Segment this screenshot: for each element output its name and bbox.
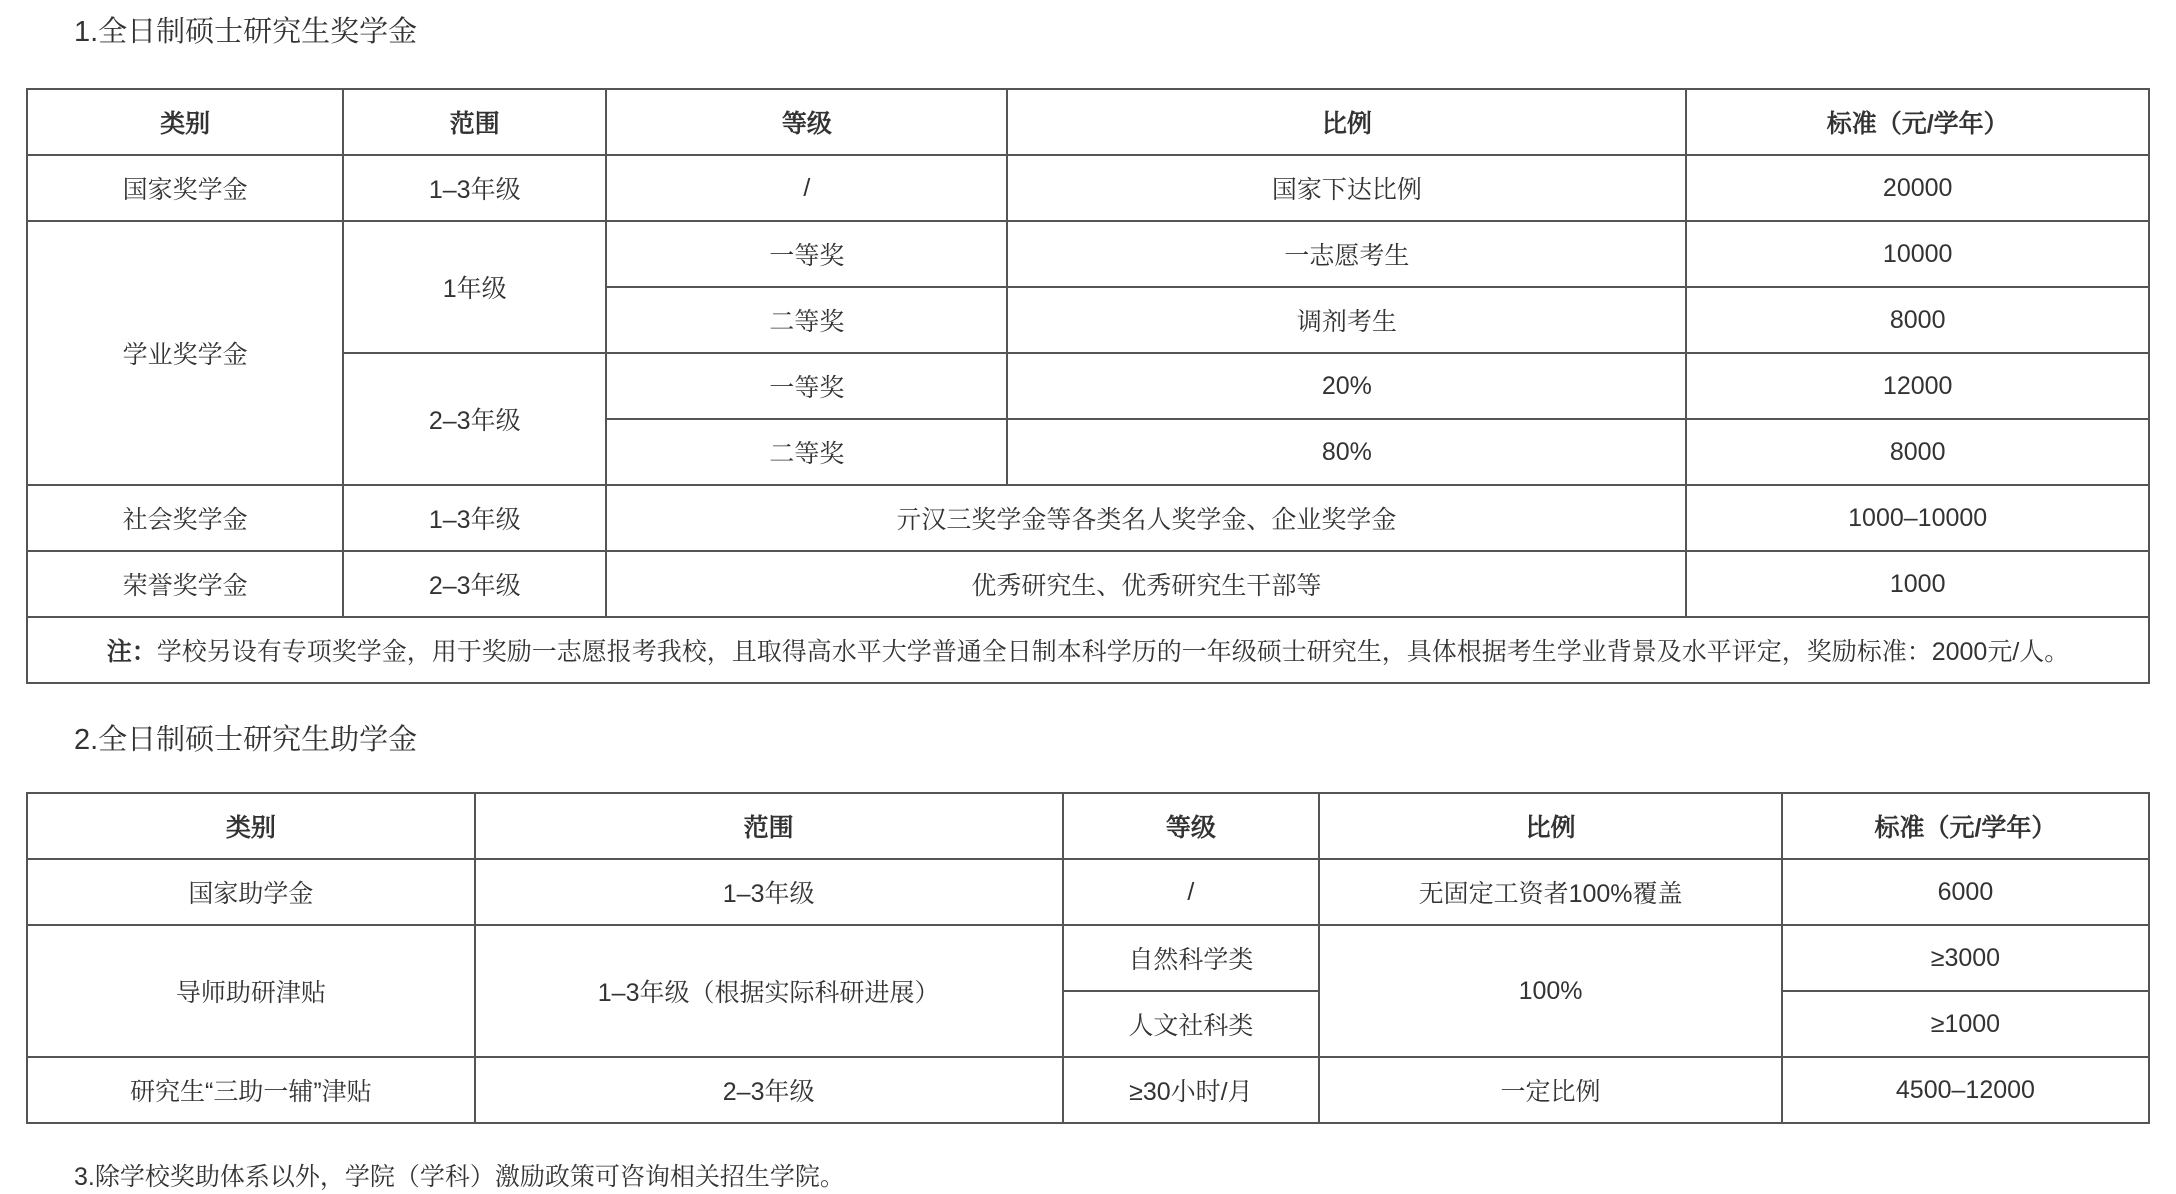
category-cell: 国家助学金 xyxy=(27,859,475,925)
table-row: 社会奖学金 1–3年级 亓汉三奖学金等各类名人奖学金、企业奖学金 1000–10… xyxy=(27,485,2149,551)
header-ratio: 比例 xyxy=(1007,89,1686,155)
header-scope: 范围 xyxy=(343,89,606,155)
standard-cell: ≥1000 xyxy=(1782,991,2149,1057)
level-cell: 二等奖 xyxy=(606,287,1007,353)
ratio-cell: 无固定工资者100%覆盖 xyxy=(1319,859,1782,925)
description-cell: 亓汉三奖学金等各类名人奖学金、企业奖学金 xyxy=(606,485,1686,551)
standard-cell: 12000 xyxy=(1686,353,2149,419)
note-text: 学校另设有专项奖学金，用于奖励一志愿报考我校，且取得高水平大学普通全日制本科学历… xyxy=(157,638,2070,666)
scope-cell: 2–3年级 xyxy=(343,353,606,485)
standard-cell: 8000 xyxy=(1686,419,2149,485)
header-ratio: 比例 xyxy=(1319,793,1782,859)
scope-cell: 1年级 xyxy=(343,221,606,353)
standard-cell: 1000–10000 xyxy=(1686,485,2149,551)
standard-cell: 4500–12000 xyxy=(1782,1057,2149,1123)
section1-heading: 1.全日制硕士研究生奖学金 xyxy=(74,16,2150,48)
ratio-cell: 调剂考生 xyxy=(1007,287,1686,353)
scope-cell: 1–3年级（根据实际科研进展） xyxy=(475,925,1063,1057)
category-cell: 国家奖学金 xyxy=(27,155,343,221)
ratio-cell: 国家下达比例 xyxy=(1007,155,1686,221)
standard-cell: ≥3000 xyxy=(1782,925,2149,991)
scope-cell: 2–3年级 xyxy=(475,1057,1063,1123)
section2-heading: 2.全日制硕士研究生助学金 xyxy=(74,724,2150,756)
ratio-cell: 100% xyxy=(1319,925,1782,1057)
scope-cell: 1–3年级 xyxy=(343,485,606,551)
table-row: 2–3年级 一等奖 20% 12000 xyxy=(27,353,2149,419)
table-row: 学业奖学金 1年级 一等奖 一志愿考生 10000 xyxy=(27,221,2149,287)
standard-cell: 10000 xyxy=(1686,221,2149,287)
header-standard: 标准（元/学年） xyxy=(1686,89,2149,155)
level-cell: 自然科学类 xyxy=(1063,925,1320,991)
scholarship-table: 类别 范围 等级 比例 标准（元/学年） 国家奖学金 1–3年级 / 国家下达比… xyxy=(26,88,2150,684)
scope-cell: 1–3年级 xyxy=(343,155,606,221)
table-row: 荣誉奖学金 2–3年级 优秀研究生、优秀研究生干部等 1000 xyxy=(27,551,2149,617)
stipend-table: 类别 范围 等级 比例 标准（元/学年） 国家助学金 1–3年级 / 无固定工资… xyxy=(26,792,2150,1124)
ratio-cell: 80% xyxy=(1007,419,1686,485)
note-label: 注： xyxy=(107,638,157,666)
level-cell: 一等奖 xyxy=(606,353,1007,419)
header-standard: 标准（元/学年） xyxy=(1782,793,2149,859)
footer-note: 3.除学校奖助体系以外，学院（学科）激励政策可咨询相关招生学院。 xyxy=(74,1162,2150,1192)
standard-cell: 1000 xyxy=(1686,551,2149,617)
table-header-row: 类别 范围 等级 比例 标准（元/学年） xyxy=(27,89,2149,155)
scope-cell: 1–3年级 xyxy=(475,859,1063,925)
ratio-cell: 一志愿考生 xyxy=(1007,221,1686,287)
standard-cell: 8000 xyxy=(1686,287,2149,353)
table-row: 国家助学金 1–3年级 / 无固定工资者100%覆盖 6000 xyxy=(27,859,2149,925)
category-cell: 学业奖学金 xyxy=(27,221,343,485)
table-header-row: 类别 范围 等级 比例 标准（元/学年） xyxy=(27,793,2149,859)
header-category: 类别 xyxy=(27,793,475,859)
table-row: 国家奖学金 1–3年级 / 国家下达比例 20000 xyxy=(27,155,2149,221)
header-category: 类别 xyxy=(27,89,343,155)
table-row: 导师助研津贴 1–3年级（根据实际科研进展） 自然科学类 100% ≥3000 xyxy=(27,925,2149,991)
category-cell: 研究生“三助一辅”津贴 xyxy=(27,1057,475,1123)
level-cell: ≥30小时/月 xyxy=(1063,1057,1320,1123)
note-cell: 注：学校另设有专项奖学金，用于奖励一志愿报考我校，且取得高水平大学普通全日制本科… xyxy=(27,617,2149,683)
standard-cell: 6000 xyxy=(1782,859,2149,925)
scope-cell: 2–3年级 xyxy=(343,551,606,617)
document-page: 1.全日制硕士研究生奖学金 类别 范围 等级 比例 标准（元/学年） 国家奖学金… xyxy=(0,0,2176,1194)
category-cell: 荣誉奖学金 xyxy=(27,551,343,617)
level-cell: 二等奖 xyxy=(606,419,1007,485)
standard-cell: 20000 xyxy=(1686,155,2149,221)
level-cell: 一等奖 xyxy=(606,221,1007,287)
level-cell: 人文社科类 xyxy=(1063,991,1320,1057)
category-cell: 导师助研津贴 xyxy=(27,925,475,1057)
description-cell: 优秀研究生、优秀研究生干部等 xyxy=(606,551,1686,617)
table-row: 研究生“三助一辅”津贴 2–3年级 ≥30小时/月 一定比例 4500–1200… xyxy=(27,1057,2149,1123)
header-level: 等级 xyxy=(1063,793,1320,859)
ratio-cell: 一定比例 xyxy=(1319,1057,1782,1123)
level-cell: / xyxy=(1063,859,1320,925)
header-scope: 范围 xyxy=(475,793,1063,859)
note-row: 注：学校另设有专项奖学金，用于奖励一志愿报考我校，且取得高水平大学普通全日制本科… xyxy=(27,617,2149,683)
category-cell: 社会奖学金 xyxy=(27,485,343,551)
header-level: 等级 xyxy=(606,89,1007,155)
ratio-cell: 20% xyxy=(1007,353,1686,419)
level-cell: / xyxy=(606,155,1007,221)
